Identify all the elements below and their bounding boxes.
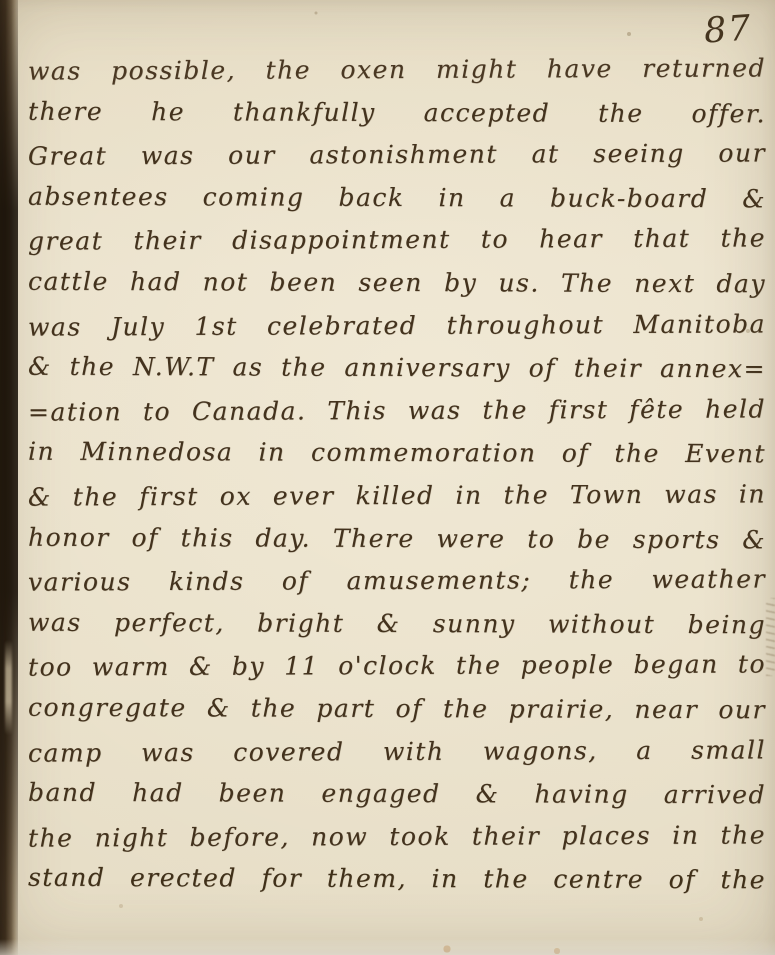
manuscript-line: & the first ox ever killed in the Town w…: [28, 473, 766, 519]
ink-bleed-mark: [766, 598, 775, 676]
manuscript-line: was possible, the oxen might have return…: [28, 49, 766, 93]
manuscript-line: great their disappointment to hear that …: [28, 218, 766, 264]
page-number: 87: [703, 8, 754, 51]
manuscript-line: stand erected for them, in the centre of…: [28, 857, 766, 902]
manuscript-line: =ation to Canada. This was the first fêt…: [28, 388, 766, 434]
manuscript-line: too warm & by 11 o'clock the people bega…: [28, 644, 766, 690]
manuscript-line: the night before, now took their places …: [28, 814, 766, 860]
manuscript-line: congregate & the part of the prairie, ne…: [28, 687, 766, 732]
manuscript-line: was perfect, bright & sunny without bein…: [28, 601, 766, 646]
manuscript-text: was possible, the oxen might have return…: [28, 49, 766, 955]
manuscript-line: absentees coming back in a buck-board &: [28, 175, 766, 220]
manuscript-photo: 87 was possible, the oxen might have ret…: [0, 0, 775, 955]
manuscript-line: in Minnedosa in commemoration of the Eve…: [28, 431, 766, 476]
manuscript-line: cattle had not been seen by us. The next…: [28, 261, 766, 306]
manuscript-line: band had been engaged & having arrived: [28, 772, 766, 817]
foxing-specks: [0, 0, 2, 2]
manuscript-line: was July 1st celebrated throughout Manit…: [28, 303, 766, 349]
manuscript-line: Great was our astonishment at seeing our: [28, 133, 766, 179]
binding-scuff-mark: [5, 640, 12, 735]
manuscript-line: honor of this day. There were to be spor…: [28, 516, 766, 561]
manuscript-line: there he thankfully accepted the offer.: [28, 90, 766, 135]
book-binding-edge: [0, 0, 18, 955]
manuscript-line: & the N.W.T as the anniversary of their …: [28, 346, 766, 391]
manuscript-line: camp was covered with wagons, a small: [28, 729, 766, 775]
manuscript-line: various kinds of amusements; the weather: [28, 559, 766, 605]
